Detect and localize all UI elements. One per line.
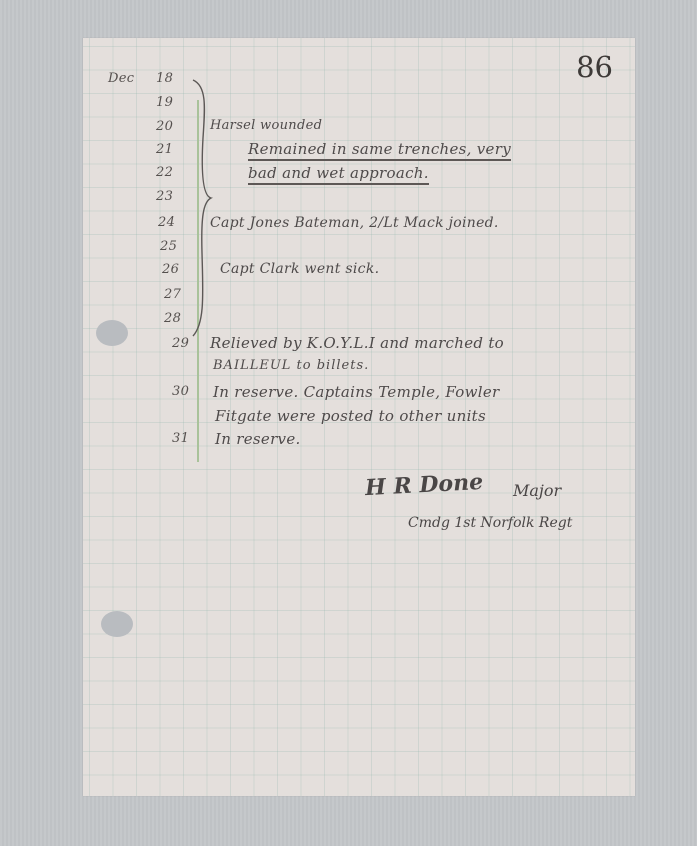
date-18: 18	[156, 71, 173, 86]
date-19: 19	[156, 95, 173, 110]
date-30: 30	[172, 384, 189, 399]
entry-20: Harsel wounded	[210, 118, 322, 133]
entry-26: Capt Clark went sick.	[220, 261, 379, 277]
date-25: 25	[160, 239, 177, 254]
entry-21: Remained in same trenches, very	[248, 140, 511, 161]
entry-30: In reserve. Captains Temple, Fowler	[213, 383, 500, 401]
punch-hole-bottom	[101, 611, 133, 637]
entry-22: bad and wet approach.	[248, 164, 429, 185]
date-23: 23	[156, 189, 173, 204]
date-22: 22	[156, 165, 173, 180]
entry-30-cont: Fitgate were posted to other units	[215, 407, 486, 425]
diary-page: 86 Dec 18 19 20 21 22 23 24 25 26 27 28 …	[83, 38, 635, 796]
signature-unit: Cmdg 1st Norfolk Regt	[408, 515, 572, 531]
date-24: 24	[158, 215, 175, 230]
entry-31: In reserve.	[215, 430, 301, 448]
date-31: 31	[172, 431, 189, 446]
entry-29: Relieved by K.O.Y.L.I and marched to	[210, 334, 504, 352]
month-label: Dec	[108, 71, 134, 86]
date-brace	[191, 78, 221, 338]
date-27: 27	[164, 287, 181, 302]
date-28: 28	[164, 311, 181, 326]
signature-rank: Major	[513, 481, 561, 500]
date-26: 26	[162, 262, 179, 277]
date-29: 29	[172, 336, 189, 351]
signature-name: H R Done	[364, 469, 483, 501]
punch-hole-top	[96, 320, 128, 346]
page-number: 86	[576, 50, 613, 84]
date-20: 20	[156, 119, 173, 134]
entry-24: Capt Jones Bateman, 2/Lt Mack joined.	[210, 215, 499, 231]
date-21: 21	[156, 142, 173, 157]
entry-29-cont: BAILLEUL to billets.	[213, 358, 369, 373]
